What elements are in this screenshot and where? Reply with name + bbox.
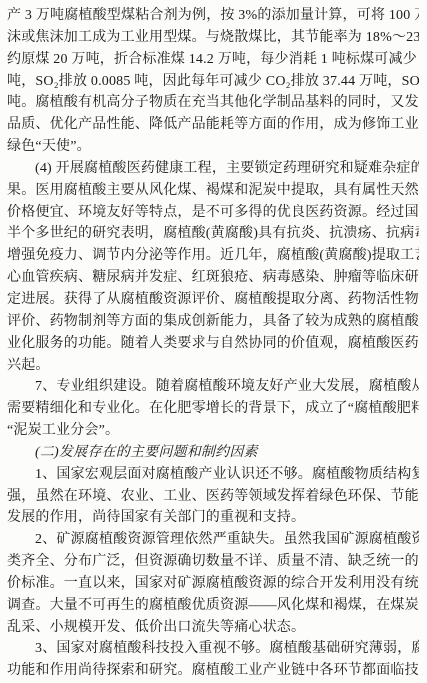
text-line: 评价、药物制剂等方面的集成创新能力，具备了较为成熟的腐植酸医药研发及产 [7, 311, 419, 333]
text-line: 增强免疫力、调节内分泌等作用。近几年，腐植酸(黄腐酸)提取工艺研究以及对 [7, 245, 419, 267]
text-line: 强，虽然在环境、农业、工业、医药等领域发挥着绿色环保、节能低碳、可持续 [7, 486, 419, 508]
text-line: 3、国家对腐植酸科技投入重视不够。腐植酸基础研究薄弱，腐植酸的结构、 [7, 638, 419, 660]
document-page: 产 3 万吨腐植酸型煤粘合剂为例，按 3%的添加量计算，可将 100 万吨低质的… [0, 0, 427, 683]
text-line: 业化服务的功能。随着人类要求与自然协同的价值观，腐植酸医药健康产业再次 [7, 333, 419, 355]
text-line: 心血管疾病、糖尿病并发症、红斑狼疮、病毒感染、肿瘤等临床研究方面取得一 [7, 267, 419, 289]
text-line: 价标准。一直以来，国家对矿源腐植酸资源的综合开发利用没有统一规划和开展 [7, 573, 419, 595]
text-line: 7、专业组织建设。随着腐植酸环境友好产业大发展，腐植酸从原料到产品 [7, 376, 419, 398]
text-line: 约原煤 20 万吨，折合标准煤 14.2 万吨，每少消耗 1 吨标煤可减少 CO… [7, 49, 419, 71]
text-line: 功能和作用尚待探索和研究。腐植酸工业产业链中各环节都面临技术创新、产品 [7, 660, 419, 682]
text-line: (4) 开展腐植酸医药健康工程，主要锁定药理研究和疑难杂症的临床治疗效 [7, 158, 419, 180]
text-line: 兴起。 [7, 355, 419, 377]
text-line: 调查。大量不可再生的腐植酸优质资源——风化煤和褐煤，在煤炭产地处于私挖 [7, 595, 419, 617]
text-line: 沫或焦沫加工成为工业用型煤。与烧散煤比，其节能率为 18%～23%，年可节 [7, 27, 419, 49]
text-line: 产 3 万吨腐植酸型煤粘合剂为例，按 3%的添加量计算，可将 100 万吨低质的… [7, 5, 419, 27]
text-line: 吨，SO₂排放 0.0085 吨，因此每年可减少 CO₂排放 37.44 万吨，… [7, 71, 419, 93]
text-line: 1、国家宏观层面对腐植酸产业认识还不够。腐植酸物质结构复杂、专业性 [7, 464, 419, 486]
text-line: 吨。腐植酸有机高分子物质在充当其他化学制品基料的同时，又发挥着改善产品 [7, 92, 419, 114]
text-line: 品质、优化产品性能、降低产品能耗等方面的作用，成为修饰工业、低碳减排的 [7, 114, 419, 136]
text-line: 需要精细化和专业化。在化肥零增长的背景下，成立了“腐植酸肥料专业委员会” [7, 398, 419, 420]
text-line: “泥炭工业分会”。 [7, 420, 419, 442]
text-line: 定进展。获得了从腐植酸资源评价、腐植酸提取分离、药物活性物质筛选、药效 [7, 289, 419, 311]
text-line: 价格便宜、环境友好等特点，是不可多得的优良医药资源。经过国内外专家长达 [7, 202, 419, 224]
section-heading: (二)发展存在的主要问题和制约因素 [7, 442, 419, 464]
text-line: 类齐全、分布广泛，但资源确切数量不详、质量不清、缺乏统一的边界品位和评 [7, 551, 419, 573]
text-line: 果。医用腐植酸主要从风化煤、褐煤和泥炭中提取，具有属性天然、原料厚实、 [7, 180, 419, 202]
text-line: 乱采、小规模开发、低价出口流失等痛心状态。 [7, 617, 419, 639]
text-line: 发展的作用，尚待国家有关部门的重视和支持。 [7, 507, 419, 529]
page-text: 产 3 万吨腐植酸型煤粘合剂为例，按 3%的添加量计算，可将 100 万吨低质的… [7, 5, 419, 682]
text-line: 绿色“天使”。 [7, 136, 419, 158]
text-line: 2、矿源腐植酸资源管理依然严重缺失。虽然我国矿源腐植酸资源丰富、种 [7, 529, 419, 551]
text-line: 半个多世纪的研究表明，腐植酸(黄腐酸)具有抗炎、抗溃疡、抗病毒、活血止血、 [7, 223, 419, 245]
